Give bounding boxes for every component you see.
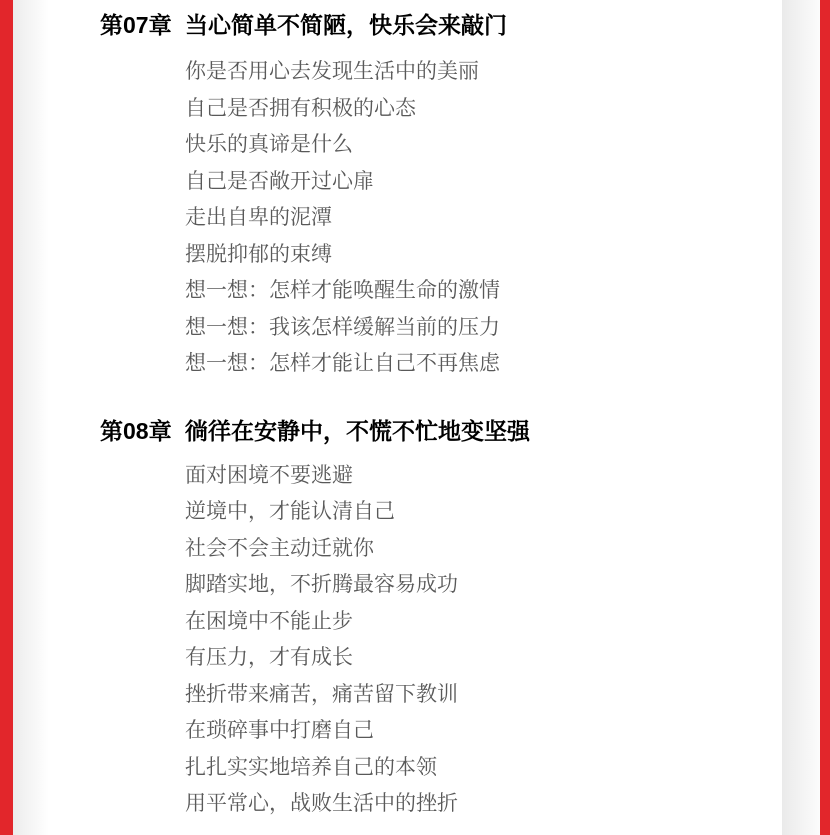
toc-line: 自己是否敞开过心扉 <box>185 164 820 201</box>
toc-line: 有压力，才有成长 <box>185 640 820 677</box>
toc-line: 扎扎实实地培养自己的本领 <box>185 750 820 787</box>
chapter-section-08: 第08章徜徉在安静中，不慌不忙地变坚强 面对困境不要逃避逆境中，才能认清自己社会… <box>13 415 820 823</box>
toc-line: 想一想：我该怎样缓解当前的压力 <box>185 310 820 347</box>
toc-line: 用平常心，战败生活中的挫折 <box>185 786 820 823</box>
toc-line: 逆境中，才能认清自己 <box>185 494 820 531</box>
chapter-title: 徜徉在安静中，不慌不忙地变坚强 <box>185 418 530 444</box>
toc-line: 在琐碎事中打磨自己 <box>185 713 820 750</box>
chapter-number: 第08章 <box>100 415 185 447</box>
toc-list: 面对困境不要逃避逆境中，才能认清自己社会不会主动迁就你脚踏实地，不折腾最容易成功… <box>13 458 820 823</box>
toc-line: 自己是否拥有积极的心态 <box>185 91 820 128</box>
table-of-contents: 第07章当心简单不简陋，快乐会来敲门 你是否用心去发现生活中的美丽自己是否拥有积… <box>13 0 820 823</box>
chapter-number: 第07章 <box>100 9 185 41</box>
chapter-heading: 第07章当心简单不简陋，快乐会来敲门 <box>13 9 820 41</box>
red-stripe-right <box>820 0 830 835</box>
content-card: 第07章当心简单不简陋，快乐会来敲门 你是否用心去发现生活中的美丽自己是否拥有积… <box>13 0 820 835</box>
chapter-section-07: 第07章当心简单不简陋，快乐会来敲门 你是否用心去发现生活中的美丽自己是否拥有积… <box>13 9 820 383</box>
toc-line: 面对困境不要逃避 <box>185 458 820 495</box>
toc-line: 走出自卑的泥潭 <box>185 200 820 237</box>
toc-line: 想一想：怎样才能唤醒生命的激情 <box>185 273 820 310</box>
red-stripe-left <box>0 0 13 835</box>
toc-line: 脚踏实地，不折腾最容易成功 <box>185 567 820 604</box>
toc-line: 快乐的真谛是什么 <box>185 127 820 164</box>
chapter-heading: 第08章徜徉在安静中，不慌不忙地变坚强 <box>13 415 820 447</box>
chapter-title: 当心简单不简陋，快乐会来敲门 <box>185 12 507 38</box>
toc-line: 在困境中不能止步 <box>185 604 820 641</box>
toc-line: 想一想：怎样才能让自己不再焦虑 <box>185 346 820 383</box>
toc-line: 挫折带来痛苦，痛苦留下教训 <box>185 677 820 714</box>
toc-line: 摆脱抑郁的束缚 <box>185 237 820 274</box>
toc-line: 你是否用心去发现生活中的美丽 <box>185 54 820 91</box>
toc-line: 社会不会主动迁就你 <box>185 531 820 568</box>
toc-list: 你是否用心去发现生活中的美丽自己是否拥有积极的心态快乐的真谛是什么自己是否敞开过… <box>13 54 820 383</box>
